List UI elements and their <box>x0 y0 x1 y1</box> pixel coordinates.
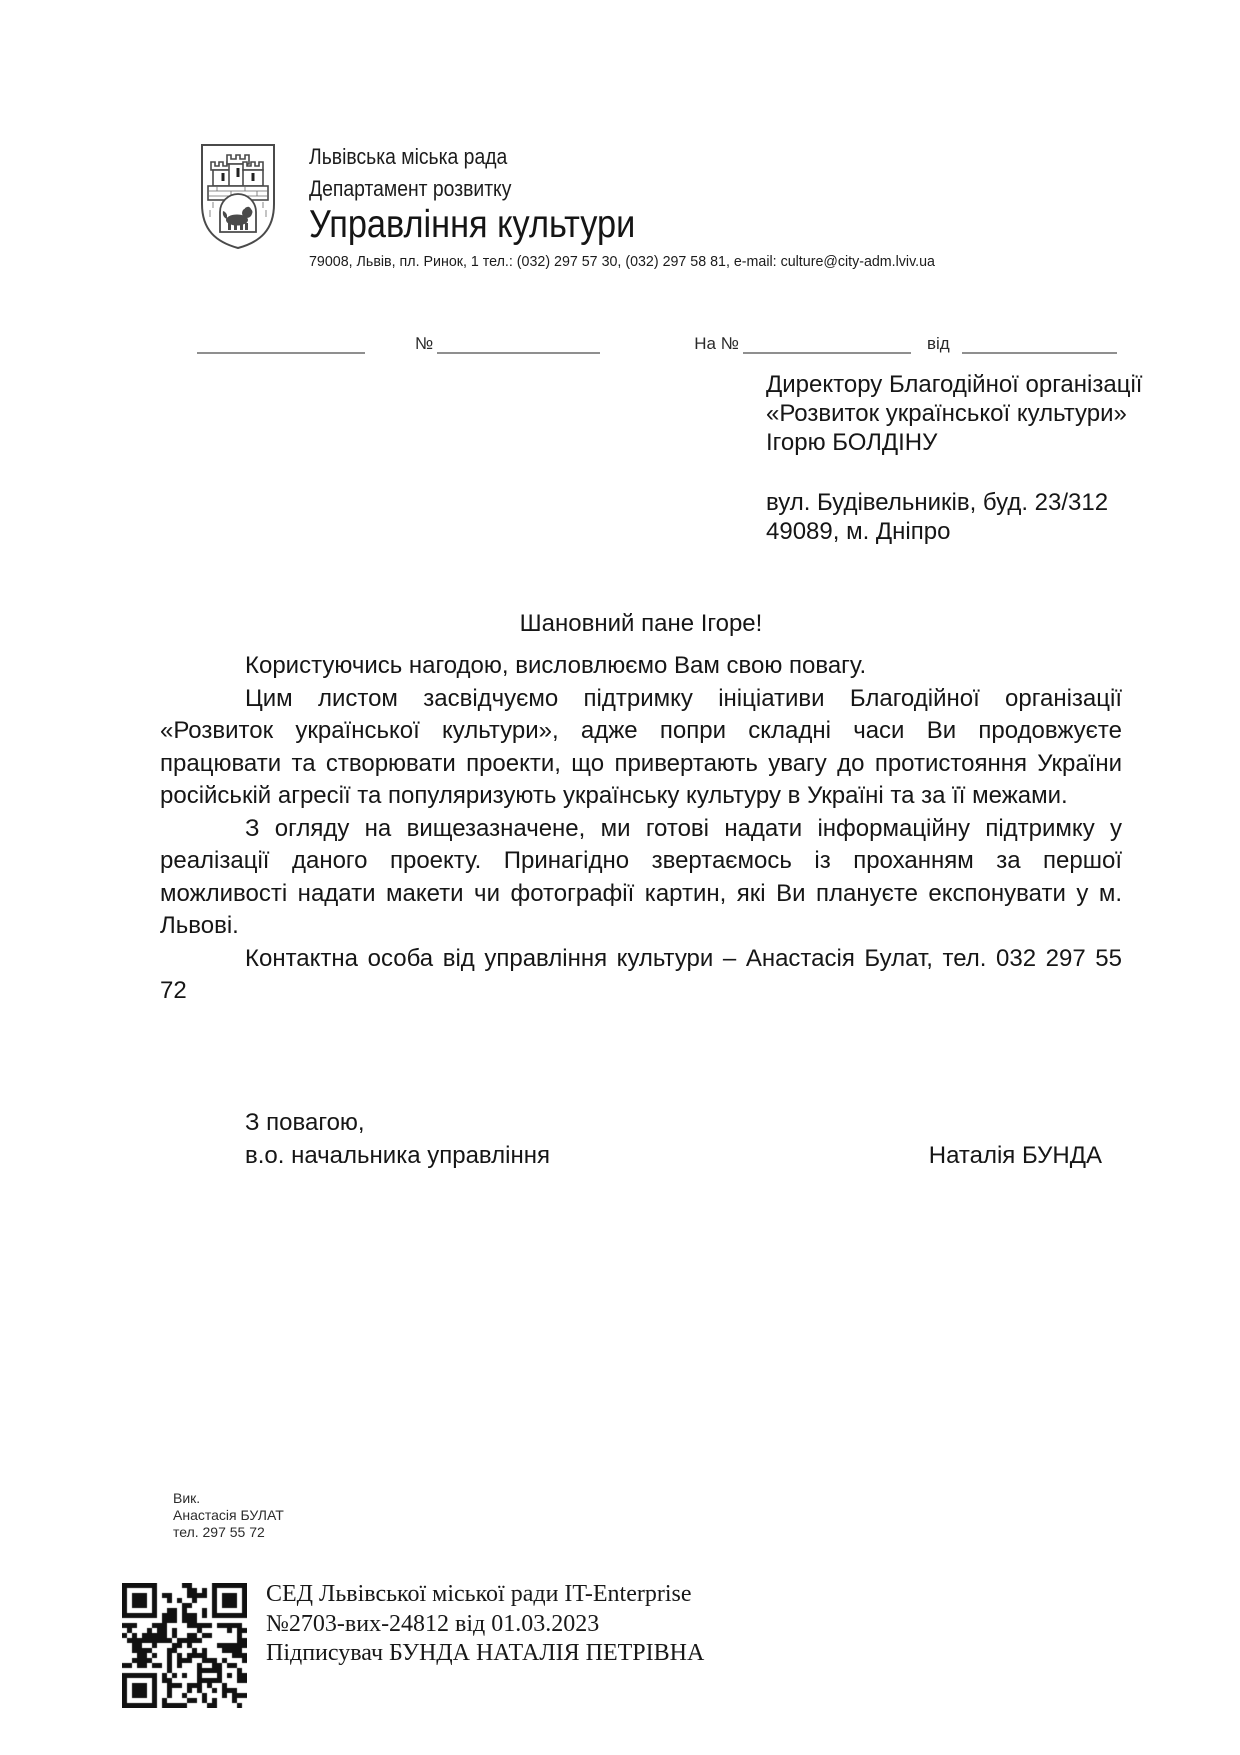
tower-window <box>222 173 225 181</box>
reference-line: № На № від <box>197 332 1117 354</box>
letterhead: Львівська міська рада Департамент розвит… <box>197 140 968 271</box>
org-name-line2: Департамент розвитку <box>309 176 968 202</box>
lviv-coat-of-arms-logo <box>197 140 279 252</box>
executor-name: Анастасія БУЛАТ <box>173 1507 284 1524</box>
date-blank-line <box>197 334 365 354</box>
letter-body: Користуючись нагодою, висловлюємо Вам св… <box>160 650 1122 1008</box>
number-blank-line <box>437 334 600 354</box>
org-name-line3: Управління культури <box>309 204 968 246</box>
recipient-street: вул. Будівельників, буд. 23/312 <box>766 488 1142 517</box>
reply-number-blank-line <box>743 334 911 354</box>
letter-page: Львівська міська рада Департамент розвит… <box>0 0 1240 1755</box>
qr-code <box>122 1583 247 1708</box>
body-paragraph: Цим листом засвідчуємо підтримку ініціат… <box>160 683 1122 813</box>
recipient-title: Директору Благодійної організації <box>766 370 1142 399</box>
signature-block: З повагою, в.о. начальника управління На… <box>160 1106 1102 1172</box>
signature-position: в.о. начальника управління <box>160 1139 550 1172</box>
executor-phone: тел. 297 55 72 <box>173 1524 284 1541</box>
body-paragraph: З огляду на вищезазначене, ми готові над… <box>160 813 1122 943</box>
signature-closing: З повагою, <box>160 1106 1102 1139</box>
reply-number-label: На № <box>694 334 743 354</box>
recipient-name: Ігорю БОЛДІНУ <box>766 428 1142 457</box>
executor-block: Вик. Анастасія БУЛАТ тел. 297 55 72 <box>173 1490 284 1541</box>
body-paragraph: Користуючись нагодою, висловлюємо Вам св… <box>160 650 1122 683</box>
stamp-system-line: СЕД Львівської міської ради IT-Enterpris… <box>266 1580 704 1610</box>
salutation: Шановний пане Ігоре! <box>160 610 1122 638</box>
signature-name: Наталія БУНДА <box>929 1139 1102 1172</box>
reply-date-label: від <box>927 334 954 354</box>
esignature-stamp: СЕД Львівської міської ради IT-Enterpris… <box>266 1580 704 1669</box>
org-contact-line: 79008, Львів, пл. Ринок, 1 тел.: (032) 2… <box>309 253 968 271</box>
number-label: № <box>415 334 437 354</box>
stamp-signer-line: Підписувач БУНДА НАТАЛІЯ ПЕТРІВНА <box>266 1639 704 1669</box>
recipient-block: Директору Благодійної організації «Розви… <box>766 370 1142 546</box>
body-paragraph: Контактна особа від управління культури … <box>160 943 1122 1008</box>
org-name-line1: Львівська міська рада <box>309 144 968 170</box>
recipient-org: «Розвиток української культури» <box>766 399 1142 428</box>
recipient-city: 49089, м. Дніпро <box>766 517 1142 546</box>
stamp-number-line: №2703-вих-24812 від 01.03.2023 <box>266 1610 704 1640</box>
reply-date-blank-line <box>962 334 1117 354</box>
letterhead-text: Львівська міська рада Департамент розвит… <box>309 140 968 271</box>
executor-label: Вик. <box>173 1490 284 1507</box>
